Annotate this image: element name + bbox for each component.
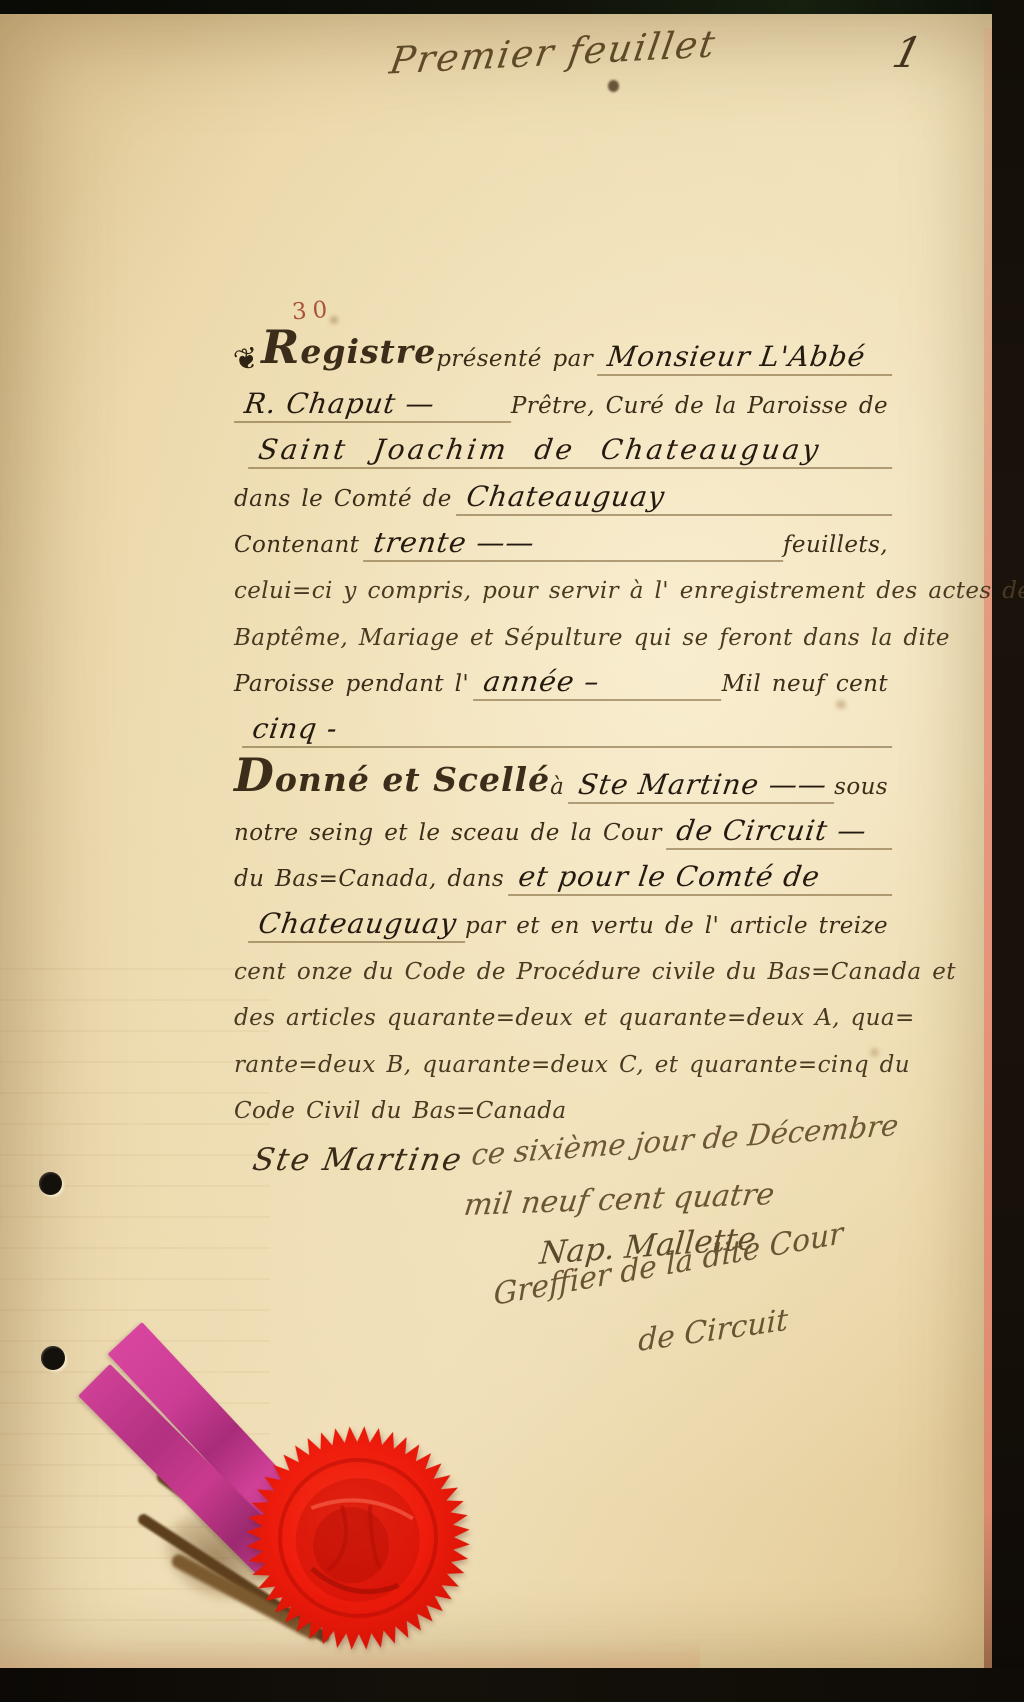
form-line: Baptême, Mariage et Sépulture qui se fer… bbox=[234, 608, 892, 654]
printed-text: Prêtre, Curé de la Paroisse de bbox=[511, 393, 892, 423]
form-line: cinq - bbox=[234, 701, 892, 747]
form-line: celui=ci y compris, pour servir à l' enr… bbox=[234, 562, 892, 608]
handwritten-entry: Monsieur L'Abbé bbox=[597, 340, 897, 376]
handwritten-entry: Saint Joachim de Chateauguay bbox=[248, 433, 897, 469]
printed-text: Contenant bbox=[234, 532, 363, 562]
hole-punch bbox=[41, 1346, 65, 1370]
form-line: Donné et Scellé à Ste Martine —— sous bbox=[234, 748, 892, 804]
closing-place: Ste Martine bbox=[250, 1142, 466, 1178]
printed-text: Code Civil du Bas=Canada bbox=[234, 1098, 570, 1128]
printed-text: celui=ci y compris, pour servir à l' enr… bbox=[234, 578, 1024, 608]
handwritten-entry: Chateauguay bbox=[248, 907, 470, 943]
printed-text: sous bbox=[834, 774, 892, 804]
book-bottom-edge bbox=[0, 1668, 1024, 1702]
scanned-register-page: { "palette": { "paper": "#ecd9ad", "ink_… bbox=[0, 0, 1024, 1702]
printed-text: des articles quarante=deux et quarante=d… bbox=[234, 1005, 919, 1035]
handwritten-entry: R. Chaput — bbox=[234, 387, 516, 423]
printed-text: à bbox=[550, 774, 568, 804]
printed-text: Paroisse pendant l' bbox=[234, 671, 473, 701]
hole-punch bbox=[39, 1172, 62, 1195]
form-line: rante=deux B, quarante=deux C, et quaran… bbox=[234, 1035, 892, 1081]
form-line: R. Chaput — Prêtre, Curé de la Paroisse … bbox=[234, 376, 892, 422]
printed-text: feuillets, bbox=[783, 532, 892, 562]
register-form: ❦ Registre présenté par Monsieur L'Abbé … bbox=[234, 330, 892, 1128]
printed-text: notre seing et le sceau de la Cour bbox=[234, 820, 666, 850]
printed-text: du Bas=Canada, dans bbox=[234, 866, 508, 896]
form-line: cent onze du Code de Procédure civile du… bbox=[234, 943, 892, 989]
handwritten-entry: trente —— bbox=[363, 526, 788, 562]
printed-text: cent onze du Code de Procédure civile du… bbox=[234, 959, 960, 989]
handwritten-entry: cinq - bbox=[242, 712, 897, 748]
handwritten-entry: de Circuit — bbox=[666, 814, 897, 850]
form-line: Paroisse pendant l' année – Mil neuf cen… bbox=[234, 655, 892, 701]
form-line: notre seing et le sceau de la Cour de Ci… bbox=[234, 804, 892, 850]
handwritten-entry: année – bbox=[473, 665, 727, 701]
form-line: dans le Comté de Chateauguay bbox=[234, 469, 892, 515]
book-spine bbox=[992, 0, 1024, 1702]
printed-text: dans le Comté de bbox=[234, 486, 456, 516]
printed-text: Mil neuf cent bbox=[722, 671, 892, 701]
form-line: des articles quarante=deux et quarante=d… bbox=[234, 989, 892, 1035]
printed-text: présenté par bbox=[436, 346, 597, 376]
form-line: ❦ Registre présenté par Monsieur L'Abbé bbox=[234, 330, 892, 376]
ornament-icon: ❦ bbox=[231, 343, 264, 378]
printed-text: par et en vertu de l' article treize bbox=[465, 913, 892, 943]
handwritten-entry: et pour le Comté de bbox=[508, 860, 897, 896]
form-line: Saint Joachim de Chateauguay bbox=[234, 423, 892, 469]
printed-title: Registre bbox=[261, 320, 436, 376]
form-line: Contenant trente —— feuillets, bbox=[234, 516, 892, 562]
printed-text: Baptême, Mariage et Sépulture qui se fer… bbox=[234, 625, 954, 655]
handwritten-entry: Chateauguay bbox=[456, 480, 897, 516]
form-line: du Bas=Canada, dans et pour le Comté de bbox=[234, 850, 892, 896]
book-top-edge bbox=[0, 0, 1024, 14]
form-line: Chateauguay par et en vertu de l' articl… bbox=[234, 896, 892, 942]
handwritten-entry: Ste Martine —— bbox=[568, 768, 839, 804]
printed-text: rante=deux B, quarante=deux C, et quaran… bbox=[234, 1052, 914, 1082]
printed-text: Donné et Scellé bbox=[234, 748, 550, 804]
wax-seal bbox=[224, 1404, 491, 1671]
foxing-spot bbox=[608, 80, 619, 92]
